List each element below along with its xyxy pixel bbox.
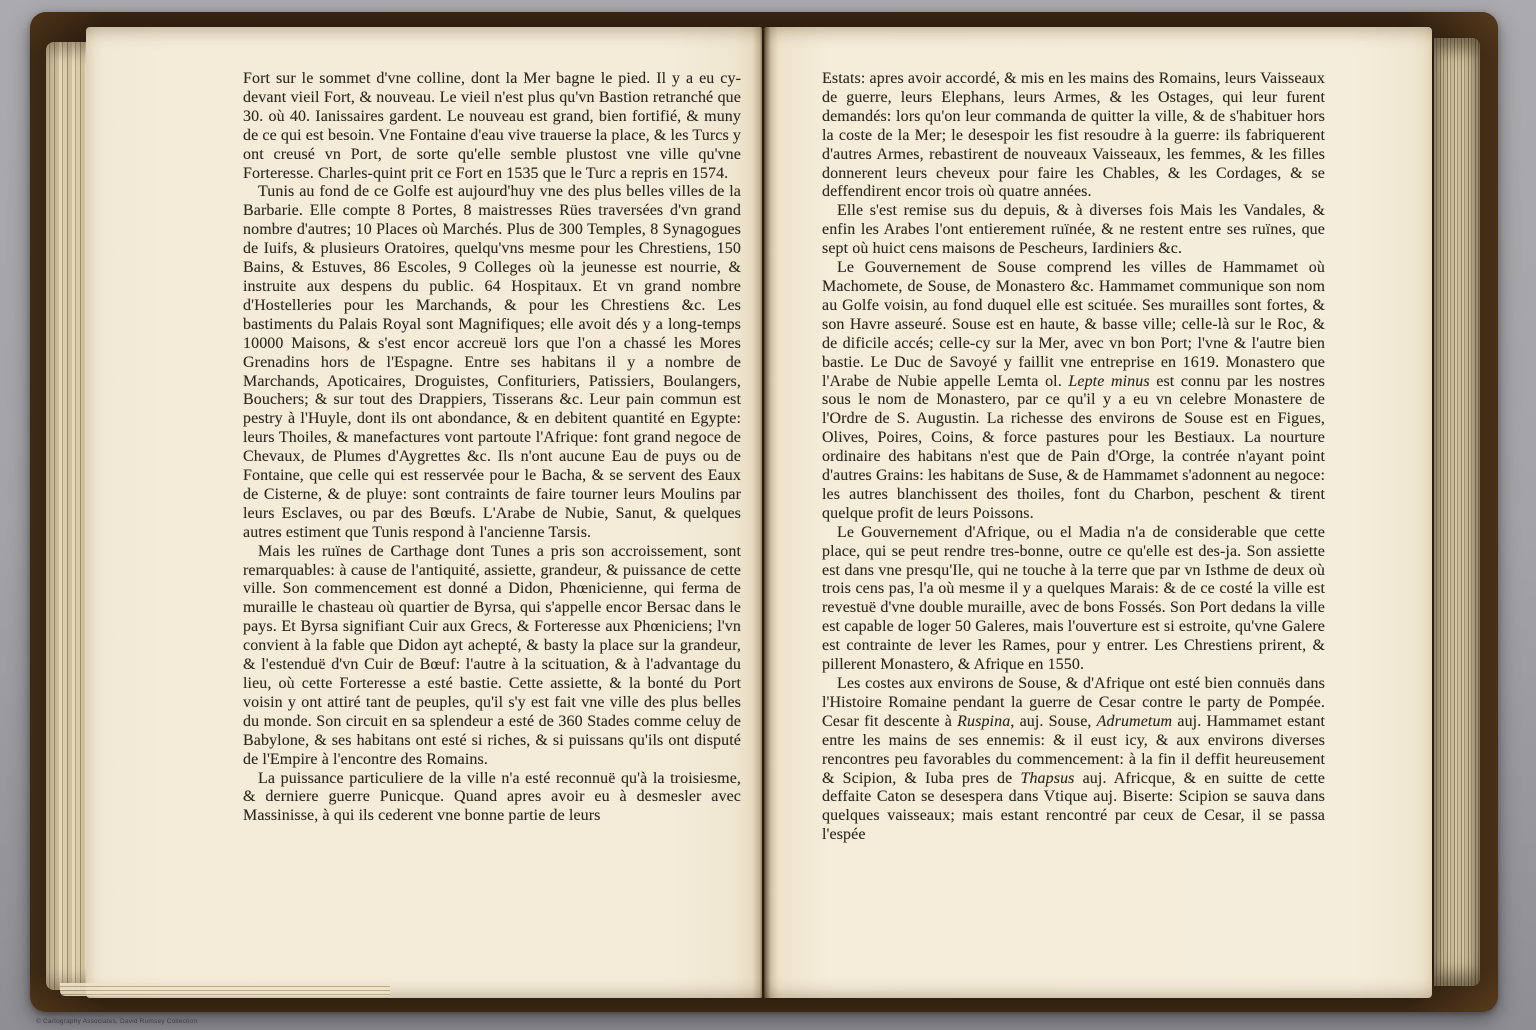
paragraph: Fort sur le sommet d'vne colline, dont l… (243, 70, 741, 183)
italic-text-segment: Lepte minus (1068, 373, 1149, 390)
paragraph: Les costes aux environs de Souse, & d'Af… (822, 675, 1325, 845)
paragraph: Estats: apres avoir accordé, & mis en le… (822, 70, 1325, 202)
paragraph: Le Gouvernement d'Afrique, ou el Madia n… (822, 524, 1325, 675)
italic-text-segment: Adrumetum (1097, 713, 1173, 730)
text-segment: Tunis au fond de ce Golfe est aujourd'hu… (243, 183, 741, 540)
paragraph: Le Gouvernement de Souse comprend les vi… (822, 259, 1325, 524)
page-gutter (752, 27, 778, 998)
text-segment: Mais les ruïnes de Carthage dont Tunes a… (243, 543, 741, 768)
book-cover: Fort sur le sommet d'vne colline, dont l… (30, 12, 1498, 1012)
text-segment: est connu par les nostres sous le nom de… (822, 373, 1325, 522)
page-edges-right (1434, 38, 1480, 986)
text-segment: Fort sur le sommet d'vne colline, dont l… (243, 70, 741, 182)
left-page-text: Fort sur le sommet d'vne colline, dont l… (243, 70, 741, 826)
book-scan-background: { "colors": { "background_gray": "#a4a4a… (0, 0, 1536, 1030)
right-page-text: Estats: apres avoir accordé, & mis en le… (822, 70, 1325, 845)
text-segment: , auj. Souse, (1010, 713, 1096, 730)
text-segment: Estats: apres avoir accordé, & mis en le… (822, 70, 1325, 200)
paragraph: Tunis au fond de ce Golfe est aujourd'hu… (243, 183, 741, 542)
paragraph: Elle s'est remise sus du depuis, & à div… (822, 202, 1325, 259)
paragraph: La puissance particuliere de la ville n'… (243, 770, 741, 827)
italic-text-segment: Ruspina (957, 713, 1010, 730)
text-segment: Le Gouvernement d'Afrique, ou el Madia n… (822, 524, 1325, 673)
italic-text-segment: Thapsus (1020, 770, 1074, 787)
paragraph: Mais les ruïnes de Carthage dont Tunes a… (243, 543, 741, 770)
text-segment: Le Gouvernement de Souse comprend les vi… (822, 259, 1325, 389)
page-edges-bottom (60, 983, 390, 996)
text-segment: Elle s'est remise sus du depuis, & à div… (822, 202, 1325, 257)
watermark-text: © Cartography Associates, David Rumsey C… (36, 1018, 197, 1025)
text-segment: La puissance particuliere de la ville n'… (243, 770, 741, 825)
